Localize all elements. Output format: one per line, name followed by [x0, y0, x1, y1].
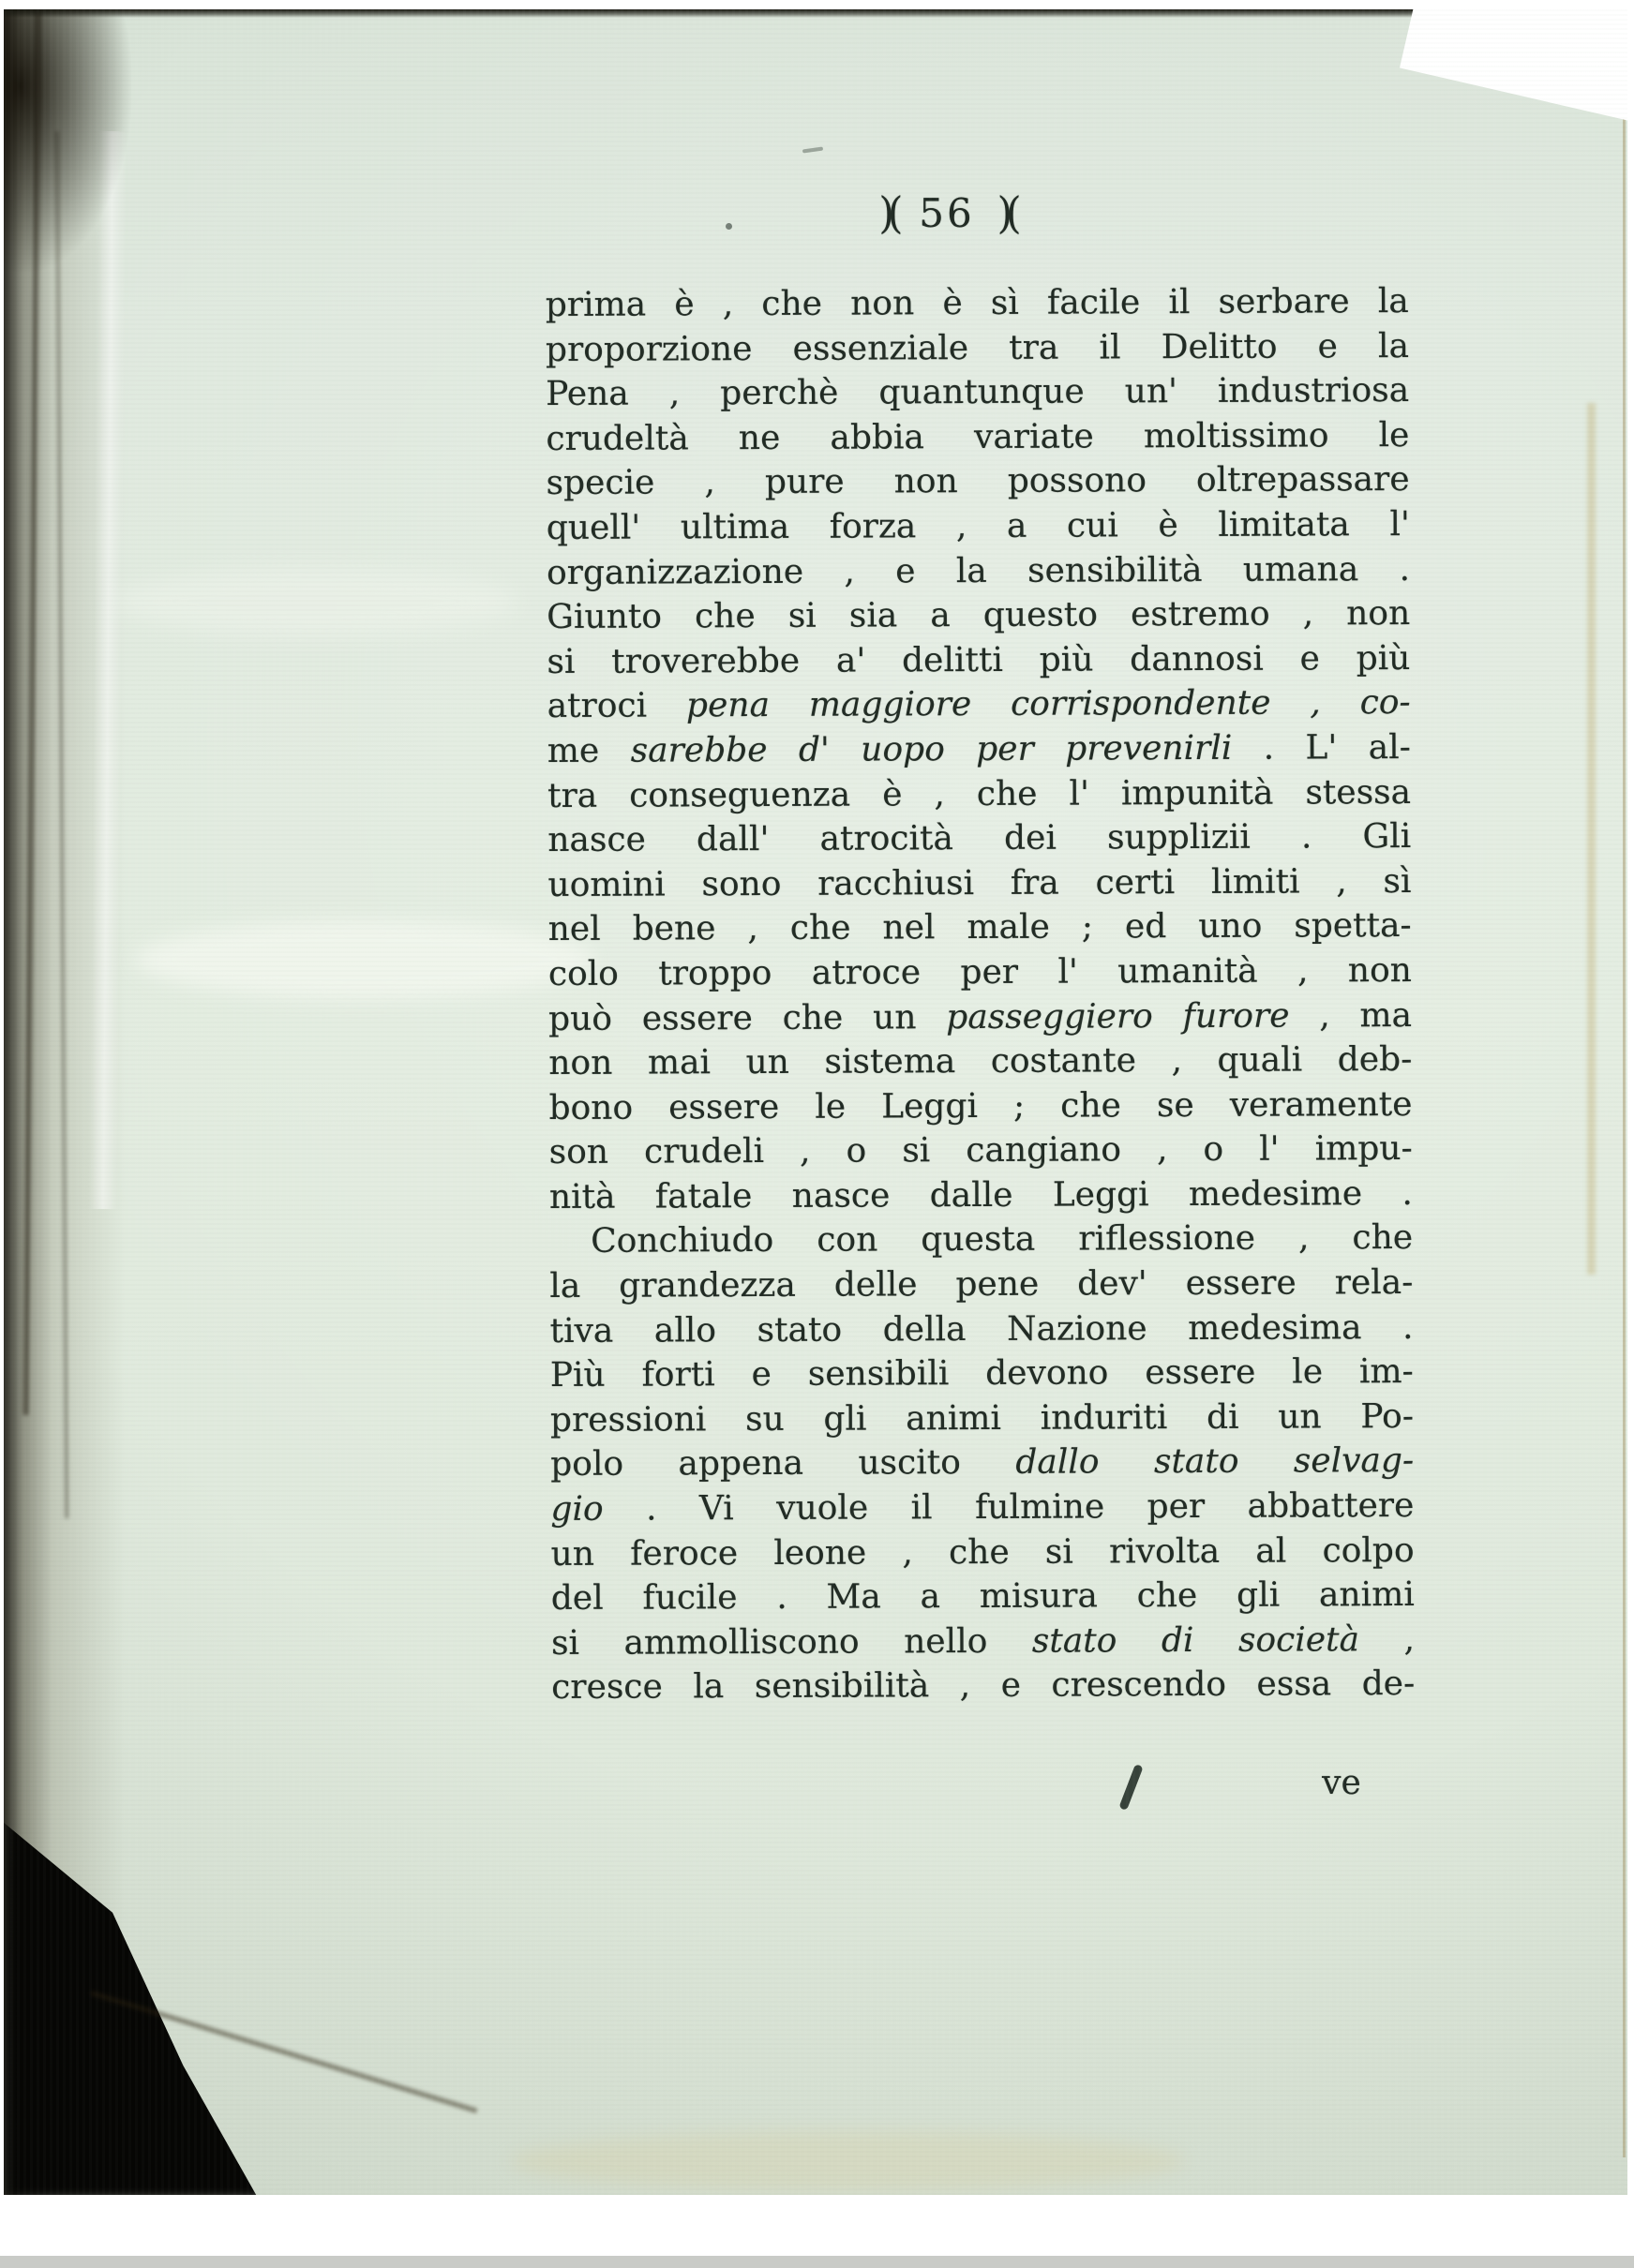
text-segment: un feroce leone , che si rivolta al colp… — [551, 1531, 1415, 1574]
text-segment: prima è , che non è sì facile il serbare… — [546, 282, 1409, 324]
text-line: tra conseguenza è , che l' impunità stes… — [547, 770, 1411, 819]
text-segment: nità fatale nasce dalle Leggi medesime . — [549, 1174, 1413, 1216]
italic-segment: dallo stato selvag- — [1015, 1441, 1414, 1482]
text-segment: colo troppo atroce per l' umanità , non — [548, 951, 1412, 993]
text-line: polo appena uscito dallo stato selvag- — [550, 1439, 1414, 1487]
text-line: me sarebbe d' uopo per prevenirli . L' a… — [547, 725, 1411, 774]
text-segment: si troverebbe a' delitti più dannosi e p… — [547, 639, 1410, 681]
text-segment: Giunto che si sia a questo estremo , non — [547, 594, 1410, 636]
text-line: Pena , perchè quantunque un' industriosa — [546, 368, 1409, 417]
text-line: gio . Vi vuole il fulmine per abbattere — [550, 1484, 1414, 1532]
book-photo: )(56)( prima è , che non è sì facile il … — [4, 9, 1627, 2195]
text-segment: nasce dall' atrocità dei supplizii . Gli — [547, 817, 1411, 859]
text-segment: , ma — [1289, 995, 1412, 1035]
text-segment: non mai un sistema costante , quali deb- — [548, 1040, 1412, 1082]
bottom-stain — [510, 2131, 1185, 2191]
text-segment: polo appena uscito — [550, 1443, 1015, 1484]
stray-ink-mark — [1118, 1764, 1143, 1811]
text-segment: . Vi vuole il fulmine per abbattere — [604, 1486, 1415, 1529]
text-segment: può essere che un — [548, 998, 946, 1038]
text-block: prima è , che non è sì facile il serbare… — [546, 279, 1416, 1710]
page-number: 56 — [919, 190, 974, 236]
text-segment: tra conseguenza è , che l' impunità stes… — [547, 773, 1411, 815]
text-segment: atroci — [547, 687, 687, 726]
text-segment: organizzazione , e la sensibilità umana … — [547, 550, 1410, 592]
italic-segment: stato di società — [1032, 1620, 1359, 1661]
text-line: son crudeli , o si cangiano , o l' impu- — [549, 1127, 1413, 1175]
text-line: uomini sono racchiusi fra certi limiti ,… — [547, 859, 1411, 908]
text-line: cresce la sensibilità , e crescendo essa… — [551, 1662, 1415, 1710]
text-segment: Più forti e sensibili devono essere le i… — [550, 1352, 1414, 1395]
text-line: Giunto che si sia a questo estremo , non — [547, 591, 1410, 640]
text-segment: si ammolliscono nello — [551, 1622, 1032, 1663]
text-line: non mai un sistema costante , quali deb- — [548, 1037, 1412, 1086]
text-segment: quell' ultima forza , a cui è limitata l… — [547, 505, 1410, 547]
text-line: si ammolliscono nello stato di società , — [551, 1618, 1415, 1666]
page-edge-line — [1623, 66, 1626, 2157]
paper-smear — [135, 920, 594, 999]
top-right-white-corner — [1400, 9, 1627, 131]
text-line: atroci pena maggiore corrispondente , co… — [547, 680, 1411, 729]
text-line: si troverebbe a' delitti più dannosi e p… — [547, 636, 1410, 685]
text-line: del fucile . Ma a misura che gli animi — [551, 1573, 1415, 1621]
text-segment: son crudeli , o si cangiano , o l' impu- — [549, 1129, 1413, 1171]
text-segment: proporzione essenziale tra il Delitto e … — [546, 327, 1409, 369]
text-segment: del fucile . Ma a misura che gli animi — [551, 1575, 1415, 1618]
text-line: un feroce leone , che si rivolta al colp… — [550, 1529, 1414, 1577]
text-segment: la grandezza delle pene dev' essere rela… — [549, 1263, 1413, 1306]
text-line: crudeltà ne abbia variate moltissimo le — [546, 413, 1409, 462]
scanned-book-page: )(56)( prima è , che non è sì facile il … — [0, 0, 1634, 2268]
text-segment: nel bene , che nel male ; ed uno spetta- — [548, 906, 1412, 948]
text-segment: me — [547, 732, 631, 770]
stray-dash — [802, 146, 823, 153]
italic-segment: passeggiero furore — [946, 996, 1289, 1037]
text-line: la grandezza delle pene dev' essere rela… — [549, 1261, 1413, 1309]
right-stain — [1587, 403, 1596, 1275]
text-segment: pressioni su gli animi induriti di un Po… — [550, 1397, 1414, 1440]
text-line: nel bene , che nel male ; ed uno spetta- — [548, 903, 1412, 952]
text-segment: crudeltà ne abbia variate moltissimo le — [546, 416, 1409, 458]
page-header: )(56)( — [548, 187, 1345, 240]
italic-segment: pena maggiore corrispondente , co- — [686, 683, 1411, 724]
text-segment: . L' al- — [1232, 728, 1411, 768]
stray-dot — [726, 223, 732, 230]
italic-segment: gio — [550, 1490, 603, 1529]
catchword: ve — [1299, 1764, 1384, 1802]
scan-bottom-border — [0, 2256, 1634, 2268]
text-line: organizzazione , e la sensibilità umana … — [547, 547, 1410, 596]
text-segment: Pena , perchè quantunque un' industriosa — [546, 371, 1409, 413]
text-line: specie , pure non possono oltrepassare — [547, 457, 1410, 506]
text-segment: uomini sono racchiusi fra certi limiti ,… — [547, 862, 1411, 904]
text-line: Conchiudo con questa riflessione , che — [549, 1216, 1413, 1264]
header-ornament-right: )( — [997, 186, 1015, 242]
text-line: nità fatale nasce dalle Leggi medesime . — [549, 1171, 1413, 1220]
text-line: tiva allo stato della Nazione medesima . — [549, 1306, 1413, 1354]
text-segment: specie , pure non possono oltrepassare — [547, 460, 1410, 502]
text-line: quell' ultima forza , a cui è limitata l… — [547, 502, 1410, 551]
top-dark-edge — [4, 9, 1627, 18]
text-line: proporzione essenziale tra il Delitto e … — [546, 324, 1409, 373]
top-left-shadow — [4, 9, 131, 272]
text-segment: cresce la sensibilità , e crescendo essa… — [551, 1664, 1415, 1707]
text-segment: tiva allo stato della Nazione medesima . — [549, 1308, 1413, 1350]
text-segment: Conchiudo con questa riflessione , che — [591, 1218, 1413, 1261]
text-line: bono essere le Leggi ; che se veramente — [548, 1082, 1412, 1131]
header-ornament-left: )( — [878, 186, 896, 242]
text-line: colo troppo atroce per l' umanità , non — [548, 948, 1412, 997]
text-line: prima è , che non è sì facile il serbare… — [546, 279, 1409, 328]
text-line: pressioni su gli animi induriti di un Po… — [550, 1395, 1414, 1443]
italic-segment: sarebbe d' uopo per prevenirli — [631, 729, 1233, 770]
text-segment: , — [1359, 1620, 1415, 1659]
paper-smear — [114, 568, 517, 635]
text-line: può essere che un passeggiero furore , m… — [548, 992, 1412, 1041]
text-line: Più forti e sensibili devono essere le i… — [550, 1350, 1414, 1398]
text-line: nasce dall' atrocità dei supplizii . Gli — [547, 814, 1411, 863]
text-segment: bono essere le Leggi ; che se veramente — [548, 1085, 1412, 1127]
